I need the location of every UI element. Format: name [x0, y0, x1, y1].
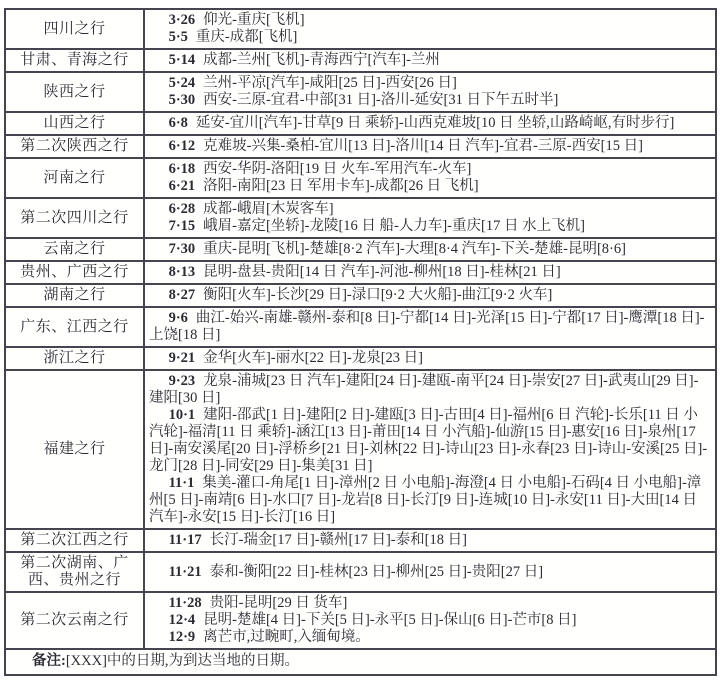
itinerary-entry: 6·8延安-宜川[汽车]-甘草[9 日 乘轿]-山西克难坡[10 日 坐轿,山路… — [149, 115, 709, 132]
trip-row-jiangxi-2: 第二次江西之行 11·17长汀-瑞金[17 日]-赣州[17 日]-泰和[18 … — [6, 528, 715, 551]
trip-itinerary: 3·26仰光-重庆[飞机] 5·5重庆-成都[飞机] — [145, 10, 715, 48]
entry-date: 5·5 — [169, 29, 188, 45]
entry-route: 龙泉-浦城[23 日 汽车]-建阳[24 日]-建瓯-南平[24 日]-崇安[2… — [149, 373, 698, 406]
entry-date: 11·28 — [169, 595, 202, 611]
itinerary-entry: 12·4昆明-楚雄[4 日]-下关[5 日]-永平[5 日]-保山[6 日]-芒… — [149, 612, 709, 629]
itinerary-entry: 5·24兰州-平凉[汽车]-咸阳[25 日]-西安[26 日] — [149, 75, 709, 92]
entry-route: 昆明-楚雄[4 日]-下关[5 日]-永平[5 日]-保山[6 日]-芒市[8 … — [203, 612, 576, 628]
trip-row-shanxi: 山西之行 6·8延安-宜川[汽车]-甘草[9 日 乘轿]-山西克难坡[10 日 … — [6, 111, 715, 134]
entry-route: 金华[火车]-丽水[22 日]-龙泉[23 日] — [203, 350, 423, 366]
trip-label: 湖南之行 — [6, 285, 145, 306]
trip-itinerary: 11·17长汀-瑞金[17 日]-赣州[17 日]-泰和[18 日] — [145, 530, 715, 551]
entry-route: 离芒市,过畹町,入缅甸境。 — [203, 629, 370, 645]
trip-itinerary: 9·21金华[火车]-丽水[22 日]-龙泉[23 日] — [145, 348, 715, 369]
entry-route: 曲江-始兴-南雄-赣州-泰和[8 日]-宁都[14 日]-光泽[15 日]-宁都… — [149, 310, 705, 343]
trip-itinerary: 8·27衡阳[火车]-长沙[29 日]-渌口[9·2 大火船]-曲江[9·2 火… — [145, 285, 715, 306]
entry-date: 12·9 — [169, 629, 196, 645]
itinerary-table: 四川之行 3·26仰光-重庆[飞机] 5·5重庆-成都[飞机] 甘肃、青海之行 … — [4, 8, 717, 676]
entry-route: 仰光-重庆[飞机] — [203, 12, 305, 28]
trip-itinerary: 8·13昆明-盘县-贵阳[14 日 汽车]-河池-柳州[18 日]-桂林[21 … — [145, 262, 715, 283]
itinerary-entry: 8·27衡阳[火车]-长沙[29 日]-渌口[9·2 大火船]-曲江[9·2 火… — [149, 287, 709, 304]
itinerary-entry: 10·1建阳-邵武[1 日]-建阳[2 日]-建瓯[3 日]-古田[4 日]-福… — [149, 407, 709, 475]
trip-itinerary: 5·24兰州-平凉[汽车]-咸阳[25 日]-西安[26 日] 5·30西安-三… — [145, 73, 715, 111]
trip-row-guizhou-guangxi: 贵州、广西之行 8·13昆明-盘县-贵阳[14 日 汽车]-河池-柳州[18 日… — [6, 260, 715, 283]
itinerary-entry: 9·23龙泉-浦城[23 日 汽车]-建阳[24 日]-建瓯-南平[24 日]-… — [149, 373, 709, 407]
entry-route: 昆明-盘县-贵阳[14 日 汽车]-河池-柳州[18 日]-桂林[21 日] — [203, 264, 561, 280]
itinerary-entry: 11·17长汀-瑞金[17 日]-赣州[17 日]-泰和[18 日] — [149, 532, 709, 549]
trip-row-hunan-guangxi-guizhou-2: 第二次湖南、广西、贵州之行 11·21泰和-衡阳[22 日]-桂林[23 日]-… — [6, 551, 715, 591]
entry-date: 9·21 — [169, 350, 196, 366]
entry-date: 6·18 — [169, 161, 196, 177]
itinerary-entry: 6·28成都-峨眉[木炭客车] — [149, 201, 709, 218]
entry-date: 6·8 — [169, 115, 188, 131]
trip-itinerary: 6·18西安-华阴-洛阳[19 日 火车-军用汽车-火车] 6·21洛阳-南阳[… — [145, 159, 715, 197]
trip-label: 第二次云南之行 — [6, 593, 145, 648]
itinerary-entry: 8·13昆明-盘县-贵阳[14 日 汽车]-河池-柳州[18 日]-桂林[21 … — [149, 264, 709, 281]
entry-route: 西安-三原-宜君-中部[31 日]-洛川-延安[31 日下午五时半] — [203, 92, 558, 108]
entry-date: 11·1 — [169, 475, 195, 491]
trip-label: 第二次江西之行 — [6, 530, 145, 551]
itinerary-entry: 9·21金华[火车]-丽水[22 日]-龙泉[23 日] — [149, 350, 709, 367]
entry-date: 7·30 — [169, 241, 196, 257]
trip-label: 河南之行 — [6, 159, 145, 197]
entry-route: 兰州-平凉[汽车]-咸阳[25 日]-西安[26 日] — [203, 75, 457, 91]
trip-itinerary: 7·30重庆-昆明[飞机]-楚雄[8·2 汽车]-大理[8·4 汽车]-下关-楚… — [145, 239, 715, 260]
trip-row-hunan: 湖南之行 8·27衡阳[火车]-长沙[29 日]-渌口[9·2 大火船]-曲江[… — [6, 283, 715, 306]
entry-route: 贵阳-昆明[29 日 货车] — [210, 595, 348, 611]
itinerary-entry: 3·26仰光-重庆[飞机] — [149, 12, 709, 29]
entry-date: 6·12 — [169, 138, 196, 154]
table-border: 四川之行 3·26仰光-重庆[飞机] 5·5重庆-成都[飞机] 甘肃、青海之行 … — [4, 8, 717, 676]
trip-label: 陕西之行 — [6, 73, 145, 111]
entry-date: 6·21 — [169, 178, 196, 194]
trip-label: 山西之行 — [6, 113, 145, 134]
footnote-row: 备注:[XXX]中的日期,为到达当地的日期。 — [6, 648, 715, 674]
trip-label: 第二次陕西之行 — [6, 136, 145, 157]
trip-label: 四川之行 — [6, 10, 145, 48]
trip-itinerary: 6·12克难坡-兴集-桑柏-宜川[13 日]-洛川[14 日 汽车]-宜君-三原… — [145, 136, 715, 157]
itinerary-entry: 6·21洛阳-南阳[23 日 军用卡车]-成都[26 日 飞机] — [149, 178, 709, 195]
trip-itinerary: 11·28贵阳-昆明[29 日 货车] 12·4昆明-楚雄[4 日]-下关[5 … — [145, 593, 715, 648]
trip-itinerary: 9·6曲江-始兴-南雄-赣州-泰和[8 日]-宁都[14 日]-光泽[15 日]… — [145, 308, 715, 346]
entry-date: 9·6 — [169, 310, 188, 326]
trip-label: 贵州、广西之行 — [6, 262, 145, 283]
itinerary-entry: 5·30西安-三原-宜君-中部[31 日]-洛川-延安[31 日下午五时半] — [149, 92, 709, 109]
trip-label: 甘肃、青海之行 — [6, 50, 145, 71]
trip-label: 福建之行 — [6, 371, 145, 528]
trip-itinerary: 6·8延安-宜川[汽车]-甘草[9 日 乘轿]-山西克难坡[10 日 坐轿,山路… — [145, 113, 715, 134]
entry-date: 11·17 — [169, 532, 202, 548]
trip-row-yunnan-2: 第二次云南之行 11·28贵阳-昆明[29 日 货车] 12·4昆明-楚雄[4 … — [6, 591, 715, 648]
entry-route: 洛阳-南阳[23 日 军用卡车]-成都[26 日 飞机] — [203, 178, 478, 194]
trip-row-fujian: 福建之行 9·23龙泉-浦城[23 日 汽车]-建阳[24 日]-建瓯-南平[2… — [6, 369, 715, 528]
entry-route: 延安-宜川[汽车]-甘草[9 日 乘轿]-山西克难坡[10 日 坐轿,山路崎岖,… — [196, 115, 674, 131]
entry-date: 3·26 — [169, 12, 196, 28]
trip-label: 云南之行 — [6, 239, 145, 260]
itinerary-entry: 7·30重庆-昆明[飞机]-楚雄[8·2 汽车]-大理[8·4 汽车]-下关-楚… — [149, 241, 709, 258]
trip-label: 广东、江西之行 — [6, 308, 145, 346]
entry-date: 5·14 — [169, 52, 196, 68]
entry-route: 成都-兰州[飞机]-青海西宁[汽车]-兰州 — [203, 52, 440, 68]
itinerary-entry: 7·15峨眉-嘉定[坐轿]-龙陵[16 日 船-人力车]-重庆[17 日 水上飞… — [149, 218, 709, 235]
trip-label: 第二次四川之行 — [6, 199, 145, 237]
trip-row-yunnan: 云南之行 7·30重庆-昆明[飞机]-楚雄[8·2 汽车]-大理[8·4 汽车]… — [6, 237, 715, 260]
entry-date: 11·21 — [169, 564, 202, 580]
trip-row-shaanxi-2: 第二次陕西之行 6·12克难坡-兴集-桑柏-宜川[13 日]-洛川[14 日 汽… — [6, 134, 715, 157]
entry-route: 衡阳[火车]-长沙[29 日]-渌口[9·2 大火船]-曲江[9·2 火车] — [203, 287, 552, 303]
entry-route: 泰和-衡阳[22 日]-桂林[23 日]-柳州[25 日]-贵阳[27 日] — [210, 564, 543, 580]
itinerary-entry: 12·9离芒市,过畹町,入缅甸境。 — [149, 629, 709, 646]
entry-route: 重庆-昆明[飞机]-楚雄[8·2 汽车]-大理[8·4 汽车]-下关-楚雄-昆明… — [203, 241, 626, 257]
trip-row-henan: 河南之行 6·18西安-华阴-洛阳[19 日 火车-军用汽车-火车] 6·21洛… — [6, 157, 715, 197]
entry-date: 9·23 — [169, 373, 196, 389]
entry-date: 7·15 — [169, 218, 196, 234]
itinerary-entry: 6·12克难坡-兴集-桑柏-宜川[13 日]-洛川[14 日 汽车]-宜君-三原… — [149, 138, 709, 155]
trip-row-shaanxi: 陕西之行 5·24兰州-平凉[汽车]-咸阳[25 日]-西安[26 日] 5·3… — [6, 71, 715, 111]
entry-date: 12·4 — [169, 612, 196, 628]
entry-date: 8·13 — [169, 264, 196, 280]
trip-row-sichuan: 四川之行 3·26仰光-重庆[飞机] 5·5重庆-成都[飞机] — [6, 10, 715, 48]
itinerary-entry: 11·28贵阳-昆明[29 日 货车] — [149, 595, 709, 612]
entry-route: 建阳-邵武[1 日]-建阳[2 日]-建瓯[3 日]-古田[4 日]-福州[6 … — [149, 407, 707, 474]
entry-route: 重庆-成都[飞机] — [196, 29, 298, 45]
entry-date: 5·30 — [169, 92, 196, 108]
footnote-text: [XXX]中的日期,为到达当地的日期。 — [66, 653, 299, 669]
itinerary-entry: 9·6曲江-始兴-南雄-赣州-泰和[8 日]-宁都[14 日]-光泽[15 日]… — [149, 310, 709, 344]
footnote-label: 备注: — [32, 653, 66, 669]
itinerary-entry: 11·1集美-灌口-角尾[1 日]-漳州[2 日 小电船]-海澄[4 日 小电船… — [149, 475, 709, 526]
entry-date: 10·1 — [169, 407, 196, 423]
itinerary-entry: 5·14成都-兰州[飞机]-青海西宁[汽车]-兰州 — [149, 52, 709, 69]
scanned-itinerary-page: { "colors": { "ink": "#2b2b33", "rule": … — [0, 0, 723, 691]
trip-itinerary: 5·14成都-兰州[飞机]-青海西宁[汽车]-兰州 — [145, 50, 715, 71]
entry-route: 长汀-瑞金[17 日]-赣州[17 日]-泰和[18 日] — [210, 532, 467, 548]
entry-route: 西安-华阴-洛阳[19 日 火车-军用汽车-火车] — [203, 161, 471, 177]
trip-itinerary: 6·28成都-峨眉[木炭客车] 7·15峨眉-嘉定[坐轿]-龙陵[16 日 船-… — [145, 199, 715, 237]
entry-route: 成都-峨眉[木炭客车] — [203, 201, 334, 217]
entry-route: 克难坡-兴集-桑柏-宜川[13 日]-洛川[14 日 汽车]-宜君-三原-西安[… — [203, 138, 643, 154]
trip-row-sichuan-2: 第二次四川之行 6·28成都-峨眉[木炭客车] 7·15峨眉-嘉定[坐轿]-龙陵… — [6, 197, 715, 237]
trip-label: 浙江之行 — [6, 348, 145, 369]
trip-row-gansu-qinghai: 甘肃、青海之行 5·14成都-兰州[飞机]-青海西宁[汽车]-兰州 — [6, 48, 715, 71]
trip-row-guangdong-jiangxi: 广东、江西之行 9·6曲江-始兴-南雄-赣州-泰和[8 日]-宁都[14 日]-… — [6, 306, 715, 346]
trip-row-zhejiang: 浙江之行 9·21金华[火车]-丽水[22 日]-龙泉[23 日] — [6, 346, 715, 369]
entry-date: 6·28 — [169, 201, 196, 217]
entry-route: 峨眉-嘉定[坐轿]-龙陵[16 日 船-人力车]-重庆[17 日 水上飞机] — [203, 218, 585, 234]
itinerary-entry: 6·18西安-华阴-洛阳[19 日 火车-军用汽车-火车] — [149, 161, 709, 178]
itinerary-entry: 5·5重庆-成都[飞机] — [149, 29, 709, 46]
entry-route: 集美-灌口-角尾[1 日]-漳州[2 日 小电船]-海澄[4 日 小电船]-石码… — [149, 475, 701, 525]
itinerary-entry: 11·21泰和-衡阳[22 日]-桂林[23 日]-柳州[25 日]-贵阳[27… — [149, 564, 709, 581]
trip-itinerary: 11·21泰和-衡阳[22 日]-桂林[23 日]-柳州[25 日]-贵阳[27… — [145, 553, 715, 591]
trip-label: 第二次湖南、广西、贵州之行 — [6, 553, 145, 591]
trip-itinerary: 9·23龙泉-浦城[23 日 汽车]-建阳[24 日]-建瓯-南平[24 日]-… — [145, 371, 715, 528]
entry-date: 5·24 — [169, 75, 196, 91]
entry-date: 8·27 — [169, 287, 196, 303]
